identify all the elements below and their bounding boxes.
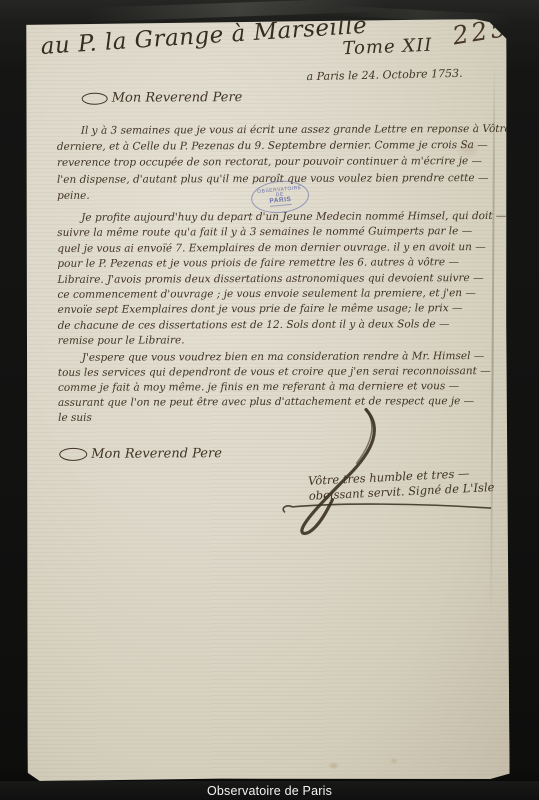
recipient-annotation: au P. la Grange à Marseille <box>40 13 368 60</box>
opening-salutation-text: Mon Reverend Pere <box>112 90 243 106</box>
caption-label: Observatoire de Paris <box>207 784 332 798</box>
volume-annotation: Tome XII <box>342 35 433 60</box>
scanned-letter-view: au P. la Grange à Marseille Tome XII 225… <box>0 0 539 800</box>
letter-line: suivre la même route qu'a fait il y à 3 … <box>57 224 506 241</box>
letter-line: de chacune de ces dissertations est de 1… <box>58 317 507 334</box>
signature-underline-icon <box>278 501 498 518</box>
stamp-text: PARIS <box>269 197 292 207</box>
letter-line: pour le P. Pezenas et je vous priois de … <box>57 255 506 272</box>
paper-stain <box>328 762 340 770</box>
folio-number: 225 <box>450 13 511 51</box>
letter-line: assurant que l'on ne peut être avec plus… <box>58 394 491 411</box>
pen-flourish-icon <box>58 447 88 462</box>
opening-salutation: Mon Reverend Pere <box>81 90 243 106</box>
letter-line: remise pour le Libraire. <box>58 332 507 349</box>
closing-salutation: Mon Reverend Pere <box>58 446 222 462</box>
closing-salutation-text: Mon Reverend Pere <box>91 446 222 462</box>
paper-stain <box>390 757 399 764</box>
paragraph-2: Je profite aujourd'huy du depart d'un Je… <box>57 209 507 349</box>
background-fold-highlight <box>90 0 420 22</box>
letter-line: le suis <box>58 409 491 426</box>
caption-bar: Observatoire de Paris <box>0 781 539 800</box>
letter-line: envoïe sept Exemplaires dont je vous pri… <box>58 301 507 318</box>
manuscript-page: au P. la Grange à Marseille Tome XII 225… <box>24 19 509 781</box>
letter-line: reverence trop occupée de son rectorat, … <box>57 153 525 171</box>
paragraph-3: J'espere que vous voudrez bien en ma con… <box>58 349 491 426</box>
letter-line: Il y à 3 semaines que je vous ai écrit u… <box>57 121 525 139</box>
dateline: a Paris le 24. Octobre 1753. <box>306 67 462 83</box>
letter-line: derniere, et à Celle du P. Pezenas du 9.… <box>57 137 525 155</box>
pen-flourish-icon <box>81 91 109 105</box>
